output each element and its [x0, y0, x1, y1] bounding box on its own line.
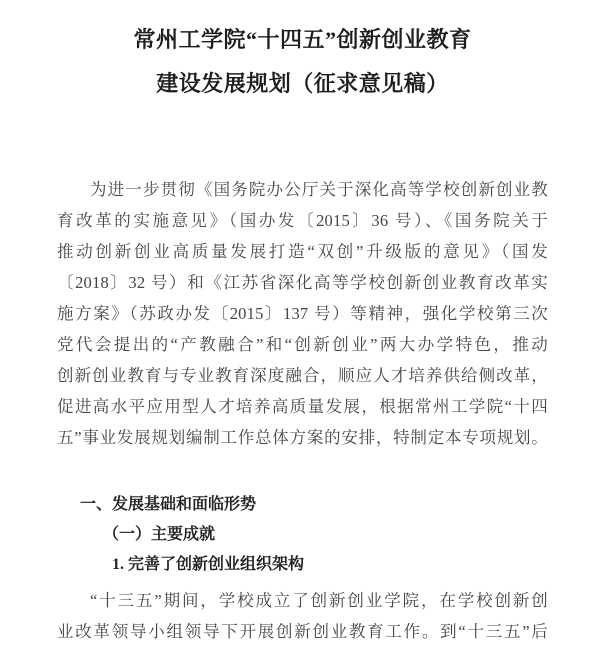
achievements-paragraph: “十三五”期间，学校成立了创新创业学院，在学校创新创 业改革领导小组领导下开展创…	[57, 585, 548, 647]
paragraph-line: 育改革的实施意见》（国办发〔2015〕36 号）、《国务院关于	[57, 205, 548, 236]
document-page: 常州工学院“十四五”创新创业教育 建设发展规划（征求意见稿） 为进一步贯彻《国务…	[0, 0, 599, 661]
paragraph-line: 五”事业发展规划编制工作总体方案的安排，特制定本专项规划。	[57, 422, 548, 453]
section-heading-level2: （一）主要成就	[57, 520, 548, 550]
paragraph-line: 〔2018〕32 号）和《江苏省深化高等学校创新创业教育改革实	[57, 267, 548, 298]
section-heading-level1: 一、发展基础和面临形势	[57, 490, 548, 520]
paragraph-line: 创新创业教育与专业教育深度融合，顺应人才培养供给侧改革，	[57, 360, 548, 391]
paragraph-line: 促进高水平应用型人才培养高质量发展，根据常州工学院“十四	[57, 391, 548, 422]
section-heading-level3: 1. 完善了创新创业组织架构	[57, 550, 548, 580]
document-title: 常州工学院“十四五”创新创业教育 建设发展规划（征求意见稿）	[57, 18, 548, 106]
paragraph-line: 业改革领导小组领导下开展创新创业教育工作。到“十三五”后	[57, 616, 548, 647]
intro-paragraph: 为进一步贯彻《国务院办公厅关于深化高等学校创新创业教 育改革的实施意见》（国办发…	[57, 174, 548, 453]
document-title-line-1: 常州工学院“十四五”创新创业教育	[57, 18, 548, 62]
paragraph-line: “十三五”期间，学校成立了创新创业学院，在学校创新创	[57, 585, 548, 616]
paragraph-line: 党代会提出的“产教融合”和“创新创业”两大办学特色，推动	[57, 329, 548, 360]
document-title-line-2: 建设发展规划（征求意见稿）	[57, 62, 548, 106]
paragraph-line: 施方案》（苏政办发〔2015〕137 号）等精神，强化学校第三次	[57, 298, 548, 329]
paragraph-line: 推动创新创业高质量发展打造“双创”升级版的意见》（国发	[57, 236, 548, 267]
paragraph-line: 为进一步贯彻《国务院办公厅关于深化高等学校创新创业教	[57, 174, 548, 205]
